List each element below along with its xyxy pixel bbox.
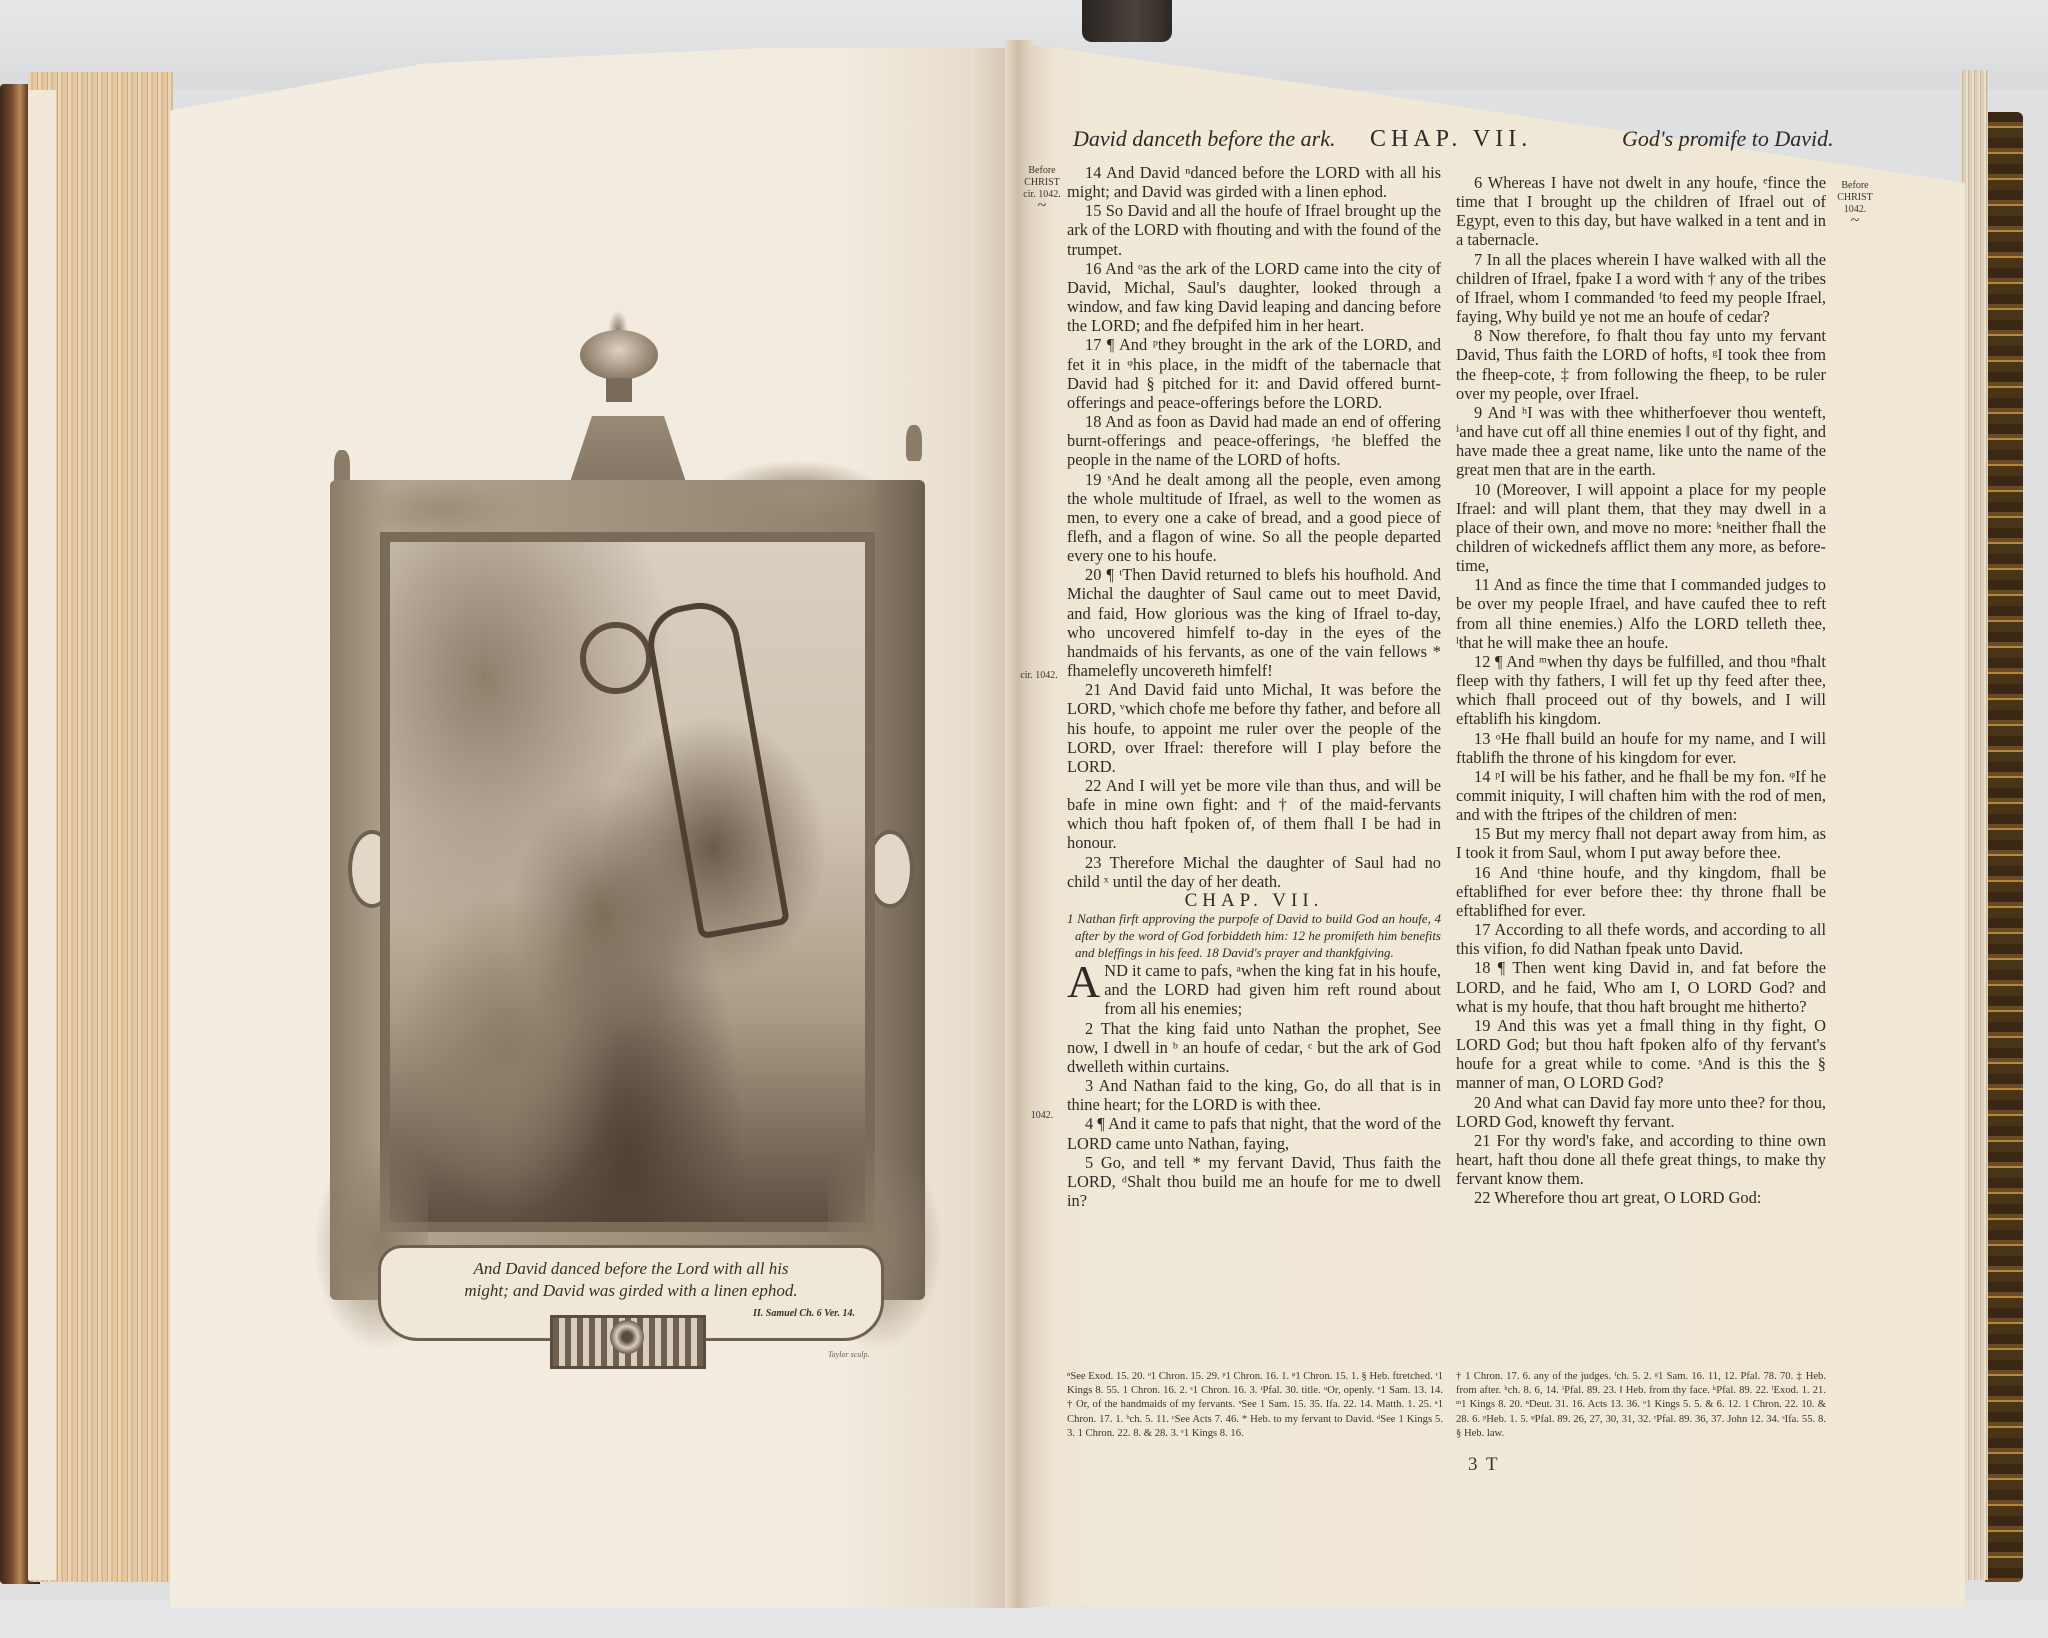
verse: 16 And ᵒas the ark of the LORD came into… <box>1067 259 1441 336</box>
verse: 8 Now therefore, fo fhalt thou fay unto … <box>1456 326 1826 403</box>
caption-reference: II. Samuel Ch. 6 Ver. 14. <box>753 1308 855 1319</box>
drop-cap: A <box>1067 963 1100 1001</box>
verse: 17 ¶ And ᵖthey brought in the ark of the… <box>1067 335 1441 412</box>
verse: 13 ᵒHe fhall build an houfe for my name,… <box>1456 729 1826 767</box>
footnotes-left: ⁿSee Exod. 15. 20. ᵒ1 Chron. 15. 29. ᵖ1 … <box>1067 1370 1443 1441</box>
verse: 10 (Moreover, I will appoint a place for… <box>1456 480 1826 576</box>
footnotes-right: † 1 Chron. 17. 6. any of the judges. ᶠch… <box>1456 1370 1826 1441</box>
swash-ornament-icon: ~ <box>1830 216 1880 226</box>
margin-label: CHRIST <box>1830 192 1880 204</box>
verse: 22 Wherefore thou art great, O LORD God: <box>1456 1188 1826 1207</box>
verse: 17 According to all thefe words, and acc… <box>1456 920 1826 958</box>
flower-garland-right <box>713 460 883 520</box>
verse: 23 Therefore Michal the daughter of Saul… <box>1067 853 1441 891</box>
engraving-scene-david-dancing <box>390 542 865 1222</box>
verse: 22 And I will yet be more vile than thus… <box>1067 776 1441 853</box>
running-head-left: David danceth before the ark. <box>1073 126 1336 152</box>
flower-garland-left <box>358 480 528 540</box>
verse: 14 And David ⁿdanced before the LORD wit… <box>1067 163 1441 201</box>
verse: 9 And ʰI was with thee whitherfoever tho… <box>1456 403 1826 480</box>
verse: 4 ¶ And it came to pafs that night, that… <box>1067 1114 1441 1152</box>
verse: 18 ¶ Then went king David in, and fat be… <box>1456 958 1826 1015</box>
verse: 6 Whereas I have not dwelt in any houfe,… <box>1456 173 1826 250</box>
caption-line-2: might; and David was girded with a linen… <box>401 1280 861 1302</box>
chapter-summary: 1 Nathan firft approving the purpofe of … <box>1067 910 1441 961</box>
verse: 19 ˢAnd he dealt among all the people, e… <box>1067 470 1441 566</box>
chapter-heading: CHAP. VII. <box>1067 891 1441 910</box>
margin-label: Before <box>1018 165 1066 177</box>
bookmark-ribbon <box>1082 0 1172 42</box>
verse: 20 ¶ ᵗThen David returned to blefs his h… <box>1067 565 1441 680</box>
verse: 21 And David faid unto Michal, It was be… <box>1067 680 1441 776</box>
verse: 7 In all the places wherein I have walke… <box>1456 250 1826 327</box>
plate-caption: And David danced before the Lord with al… <box>401 1258 861 1302</box>
text-column-right: 6 Whereas I have not dwelt in any houfe,… <box>1456 173 1826 1207</box>
verse: 11 And as fince the time that I commande… <box>1456 575 1826 652</box>
margin-label: Before <box>1830 180 1880 192</box>
running-head-right: God's promife to David. <box>1622 126 1834 152</box>
urn-pedestal <box>606 378 632 402</box>
verse: 3 And Nathan faid to the king, Go, do al… <box>1067 1076 1441 1114</box>
rosette-ornament <box>610 1320 644 1354</box>
verse: 5 Go, and tell * my fervant David, Thus … <box>1067 1153 1441 1210</box>
verse: 15 But my mercy fhall not depart away fr… <box>1456 824 1826 862</box>
verse: 21 For thy word's fake, and according to… <box>1456 1131 1826 1188</box>
urn-ornament <box>580 330 658 380</box>
verse: 20 And what can David fay more unto thee… <box>1456 1093 1826 1131</box>
vase-ornament-right <box>906 425 922 461</box>
verse: 12 ¶ And ᵐwhen thy days be fulfilled, an… <box>1456 652 1826 729</box>
horn-instrument <box>580 622 652 694</box>
swash-ornament-icon: ~ <box>1018 201 1066 211</box>
verse: 14 ᵖI will be his father, and he fhall b… <box>1456 767 1826 824</box>
verse-text: ND it came to pafs, ᵃwhen the king fat i… <box>1104 961 1441 1018</box>
margin-label: CHRIST <box>1018 177 1066 189</box>
engraver-signature: Taylor sculp. <box>828 1350 870 1359</box>
endpaper-left <box>28 90 56 1580</box>
book-gutter <box>1005 40 1031 1608</box>
text-column-left: 14 And David ⁿdanced before the LORD wit… <box>1067 163 1441 1210</box>
verse: 15 So David and all the houfe of Ifrael … <box>1067 201 1441 258</box>
verse-1: AND it came to pafs, ᵃwhen the king fat … <box>1067 961 1441 1018</box>
margin-date-left: Before CHRIST cir. 1042. ~ <box>1018 165 1066 211</box>
verse: 18 And as foon as David had made an end … <box>1067 412 1441 469</box>
verse: 16 And ʳthine houfe, and thy kingdom, fh… <box>1456 863 1826 920</box>
engraved-plate: And David danced before the Lord with al… <box>318 310 938 1370</box>
running-head-chapter: CHAP. VII. <box>1370 126 1532 153</box>
margin-date-right: Before CHRIST 1042. ~ <box>1830 180 1880 226</box>
verse: 2 That the king faid unto Nathan the pro… <box>1067 1019 1441 1076</box>
back-cover-gilt-spine <box>1985 112 2023 1582</box>
margin-date-low: 1042. <box>1018 1110 1066 1122</box>
harp-instrument <box>642 597 790 940</box>
signature-mark: 3 T <box>1468 1454 1500 1476</box>
verse: 19 And this was yet a fmall thing in thy… <box>1456 1016 1826 1093</box>
caption-line-1: And David danced before the Lord with al… <box>401 1258 861 1280</box>
margin-date-mid: cir. 1042. <box>1014 670 1064 682</box>
